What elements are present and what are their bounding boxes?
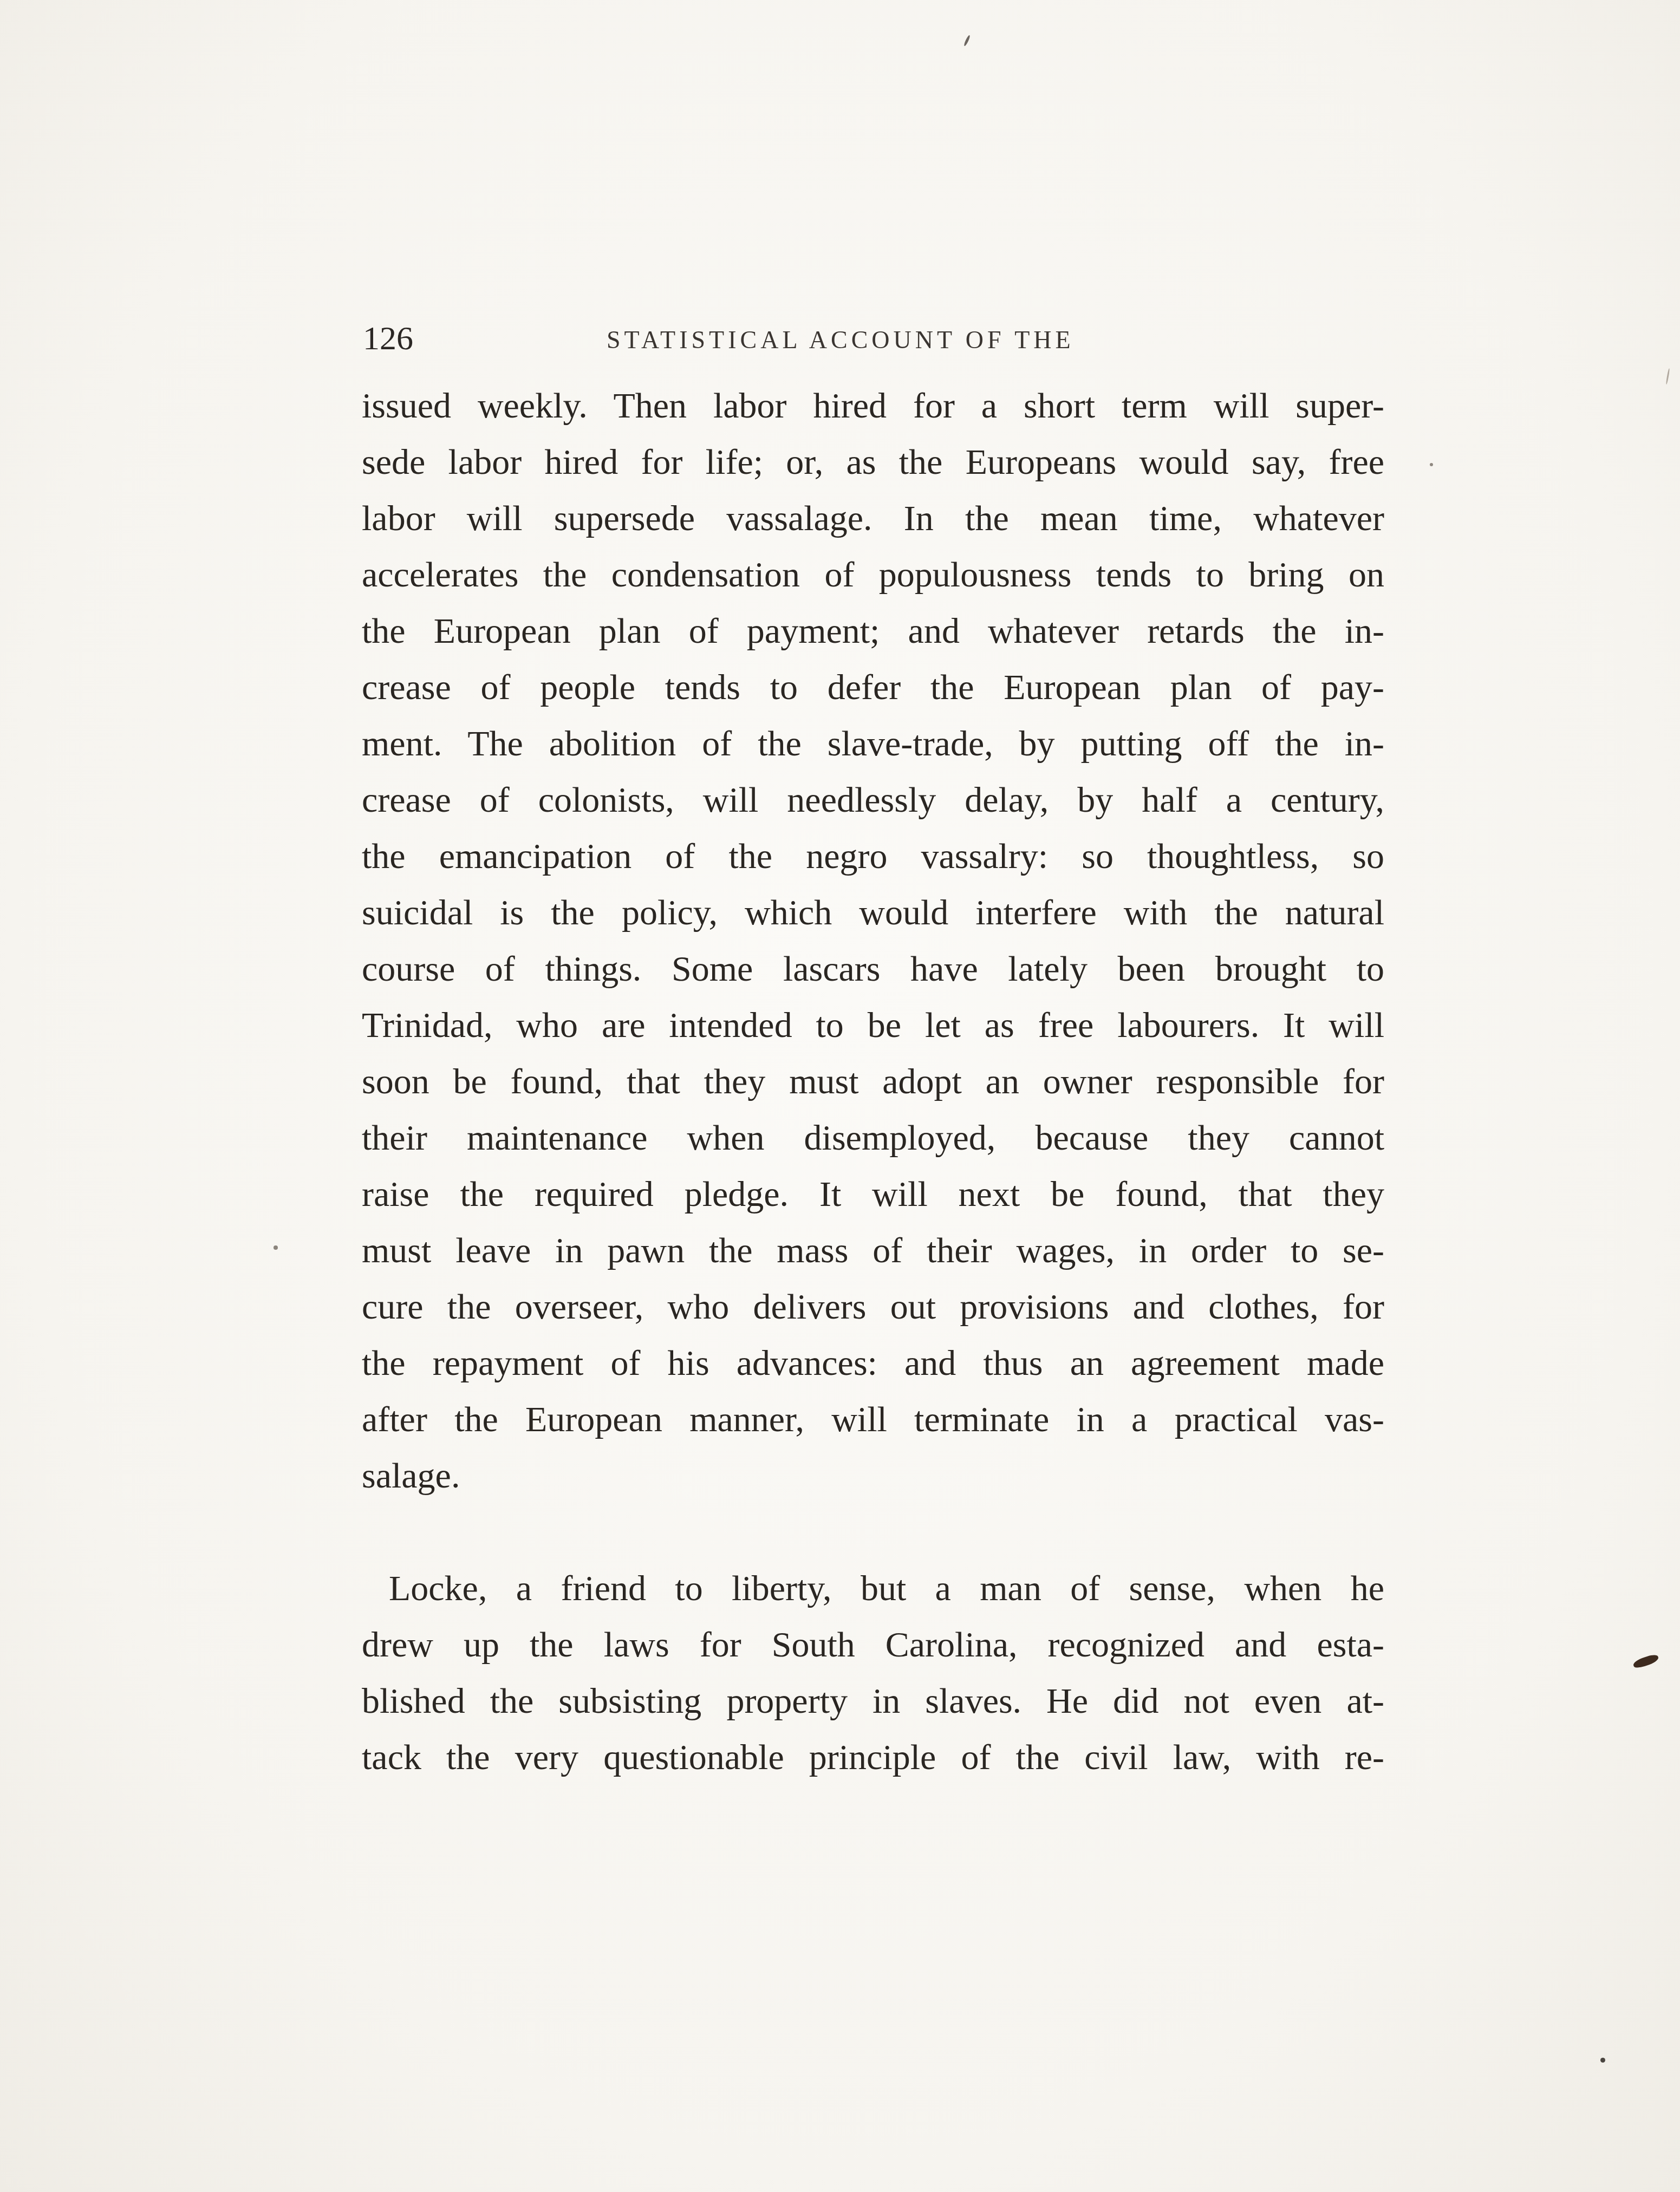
text-line: soon be found, that they must adopt an o…	[362, 1054, 1384, 1110]
text-line: crease of people tends to defer the Euro…	[362, 660, 1384, 716]
text-line: raise the required pledge. It will next …	[362, 1166, 1384, 1223]
paper-speck	[1600, 2058, 1605, 2063]
text-line: the repayment of his advances: and thus …	[362, 1335, 1384, 1392]
book-page: be fetched from a vast distance, some on…	[0, 0, 1680, 2192]
text-line: salage.	[362, 1448, 1384, 1504]
running-head: 126 STATISTICAL ACCOUNT OF THE	[363, 317, 1392, 360]
paragraph-2: Locke, a friend to liberty, but a man of…	[362, 1561, 1384, 1786]
page-number: 126	[363, 317, 413, 360]
text-line: tack the very questionable principle of …	[362, 1730, 1384, 1786]
body-text: issued weekly. Then labor hired for a sh…	[362, 378, 1384, 1786]
text-line: Locke, a friend to liberty, but a man of…	[362, 1561, 1384, 1617]
text-line: crease of colonists, will needlessly del…	[362, 772, 1384, 828]
text-line: cure the overseer, who delivers out prov…	[362, 1279, 1384, 1335]
text-line: accelerates the condensation of populous…	[362, 547, 1384, 603]
text-line: labor will supersede vassalage. In the m…	[362, 491, 1384, 547]
paragraph-gap	[362, 1504, 1384, 1561]
pencil-mark	[963, 35, 971, 47]
text-line: must leave in pawn the mass of their wag…	[362, 1223, 1384, 1279]
text-line: blished the subsisting property in slave…	[362, 1673, 1384, 1730]
text-line: issued weekly. Then labor hired for a sh…	[362, 378, 1384, 434]
text-line: their maintenance when disemployed, beca…	[362, 1110, 1384, 1166]
text-line: the emancipation of the negro vassalry: …	[362, 828, 1384, 885]
paper-speck	[274, 1245, 278, 1250]
text-line: course of things. Some lascars have late…	[362, 941, 1384, 997]
ink-blot-mark	[1632, 1653, 1660, 1669]
paragraph-1: issued weekly. Then labor hired for a sh…	[362, 378, 1384, 1504]
text-line: after the European manner, will terminat…	[362, 1392, 1384, 1448]
text-line: Trinidad, who are intended to be let as …	[362, 997, 1384, 1054]
text-line: the European plan of payment; and whatev…	[362, 603, 1384, 660]
text-line: ment. The abolition of the slave-trade, …	[362, 716, 1384, 772]
paper-speck	[1430, 463, 1433, 466]
text-line: drew up the laws for South Carolina, rec…	[362, 1617, 1384, 1673]
paper-scratch-mark	[1665, 368, 1670, 384]
text-line: suicidal is the policy, which would inte…	[362, 885, 1384, 941]
text-line: sede labor hired for life; or, as the Eu…	[362, 434, 1384, 491]
running-head-title: STATISTICAL ACCOUNT OF THE	[607, 321, 1075, 359]
